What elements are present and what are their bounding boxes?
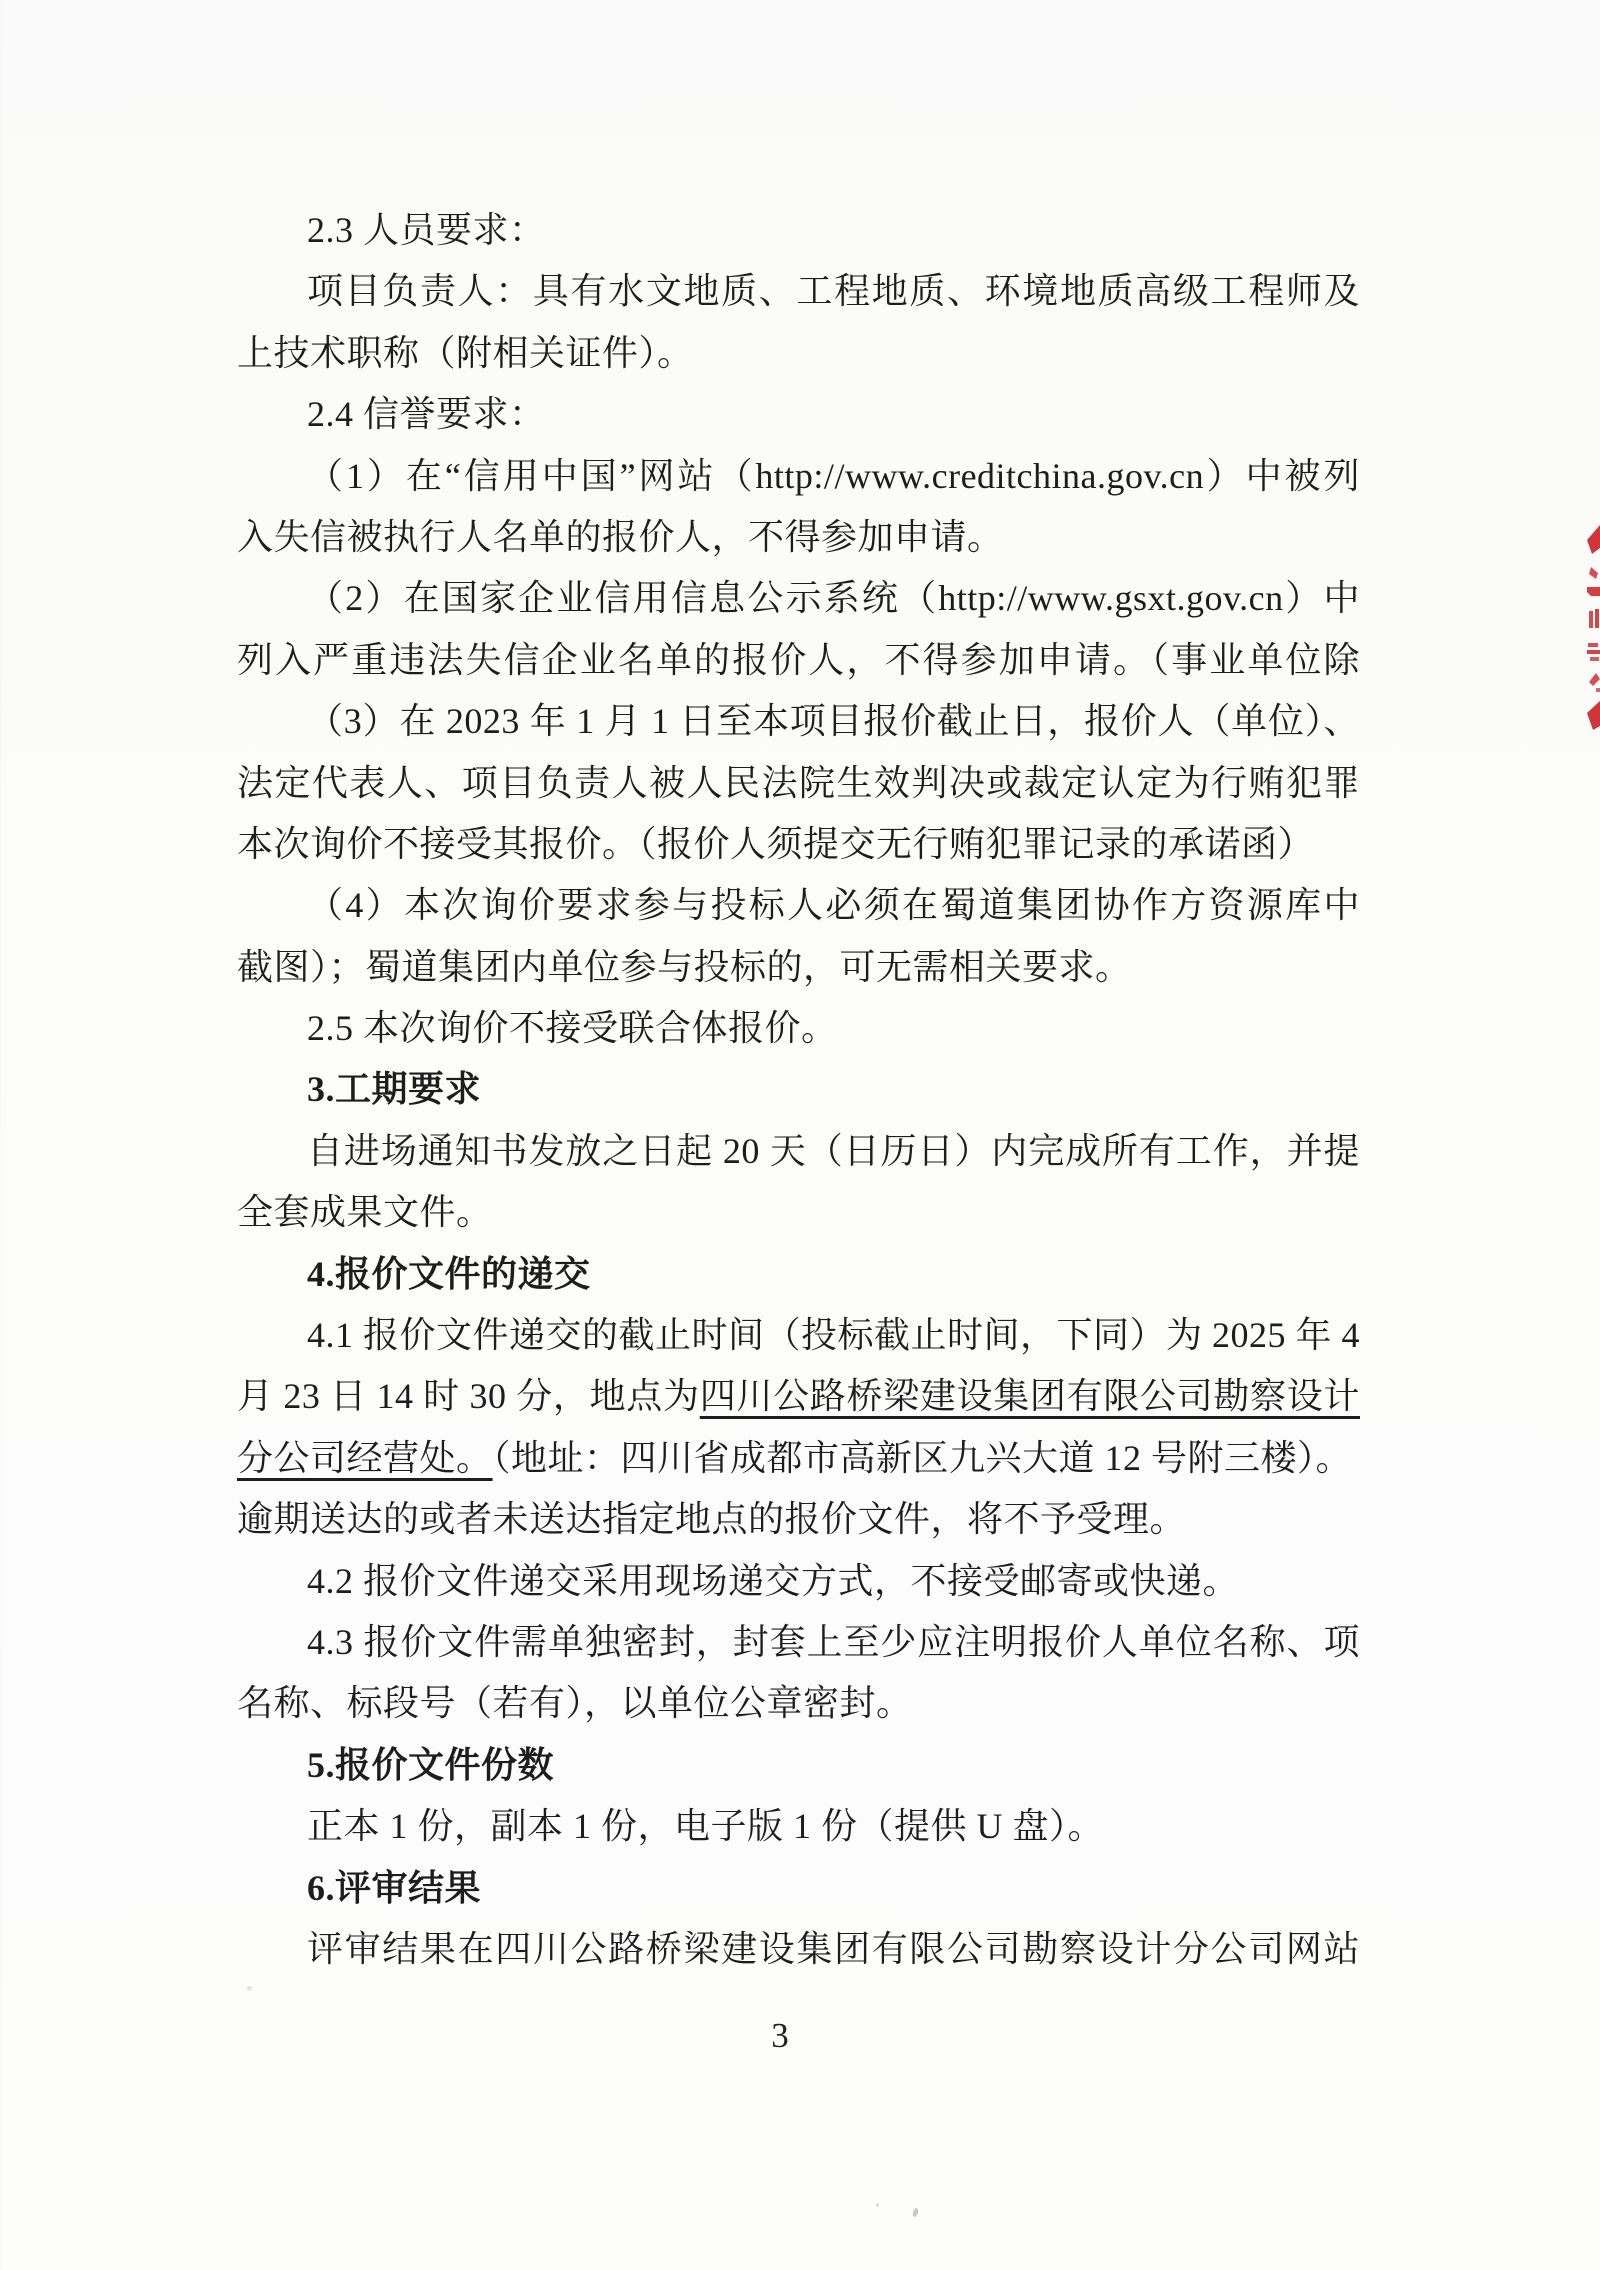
seal-icon <box>1582 525 1600 735</box>
text-segment: 正本 1 份，副本 1 份，电子版 1 份（提供 U 盘）。 <box>307 1806 1104 1846</box>
text-line: 2.5 本次询价不接受联合体报价。 <box>237 998 1360 1059</box>
text-line: 截图）；蜀道集团内单位参与投标的，可无需相关要求。 <box>237 937 1360 998</box>
text-line: 4.报价文件的递交 <box>237 1244 1360 1305</box>
scan-speck <box>247 1986 252 1991</box>
text-line: 2.3 人员要求： <box>237 200 1360 261</box>
text-segment: 截图）；蜀道集团内单位参与投标的，可无需相关要求。 <box>237 947 1132 987</box>
text-segment: 评审结果在四川公路桥梁建设集团有限公司勘察设计分公司网站 <box>307 1929 1360 1969</box>
text-line: 上技术职称（附相关证件）。 <box>237 323 1360 384</box>
page-number: 3 <box>745 2016 815 2056</box>
text-segment: 列入严重违法失信企业名单的报价人，不得参加申请。（事业单位除外） <box>237 640 1360 691</box>
underlined-text: 分公司经营处。 <box>237 1438 493 1478</box>
text-line: 评审结果在四川公路桥梁建设集团有限公司勘察设计分公司网站 <box>237 1919 1360 1980</box>
text-line: 3.工期要求 <box>237 1059 1360 1120</box>
red-seal-fragment <box>1582 525 1600 735</box>
text-line: 5.报价文件份数 <box>237 1735 1360 1796</box>
text-line: 4.1 报价文件递交的截止时间（投标截止时间，下同）为 2025 年 4 <box>237 1305 1360 1366</box>
text-line: 4.2 报价文件递交采用现场递交方式，不接受邮寄或快递。 <box>237 1551 1360 1612</box>
text-segment: （4）本次询价要求参与投标人必须在蜀道集团协作方资源库中（附 <box>307 885 1360 936</box>
text-segment: 3.工期要求 <box>307 1069 481 1109</box>
document-body: 2.3 人员要求：项目负责人：具有水文地质、工程地质、环境地质高级工程师及以上技… <box>237 200 1360 1980</box>
text-line: 逾期送达的或者未送达指定地点的报价文件，将不予受理。 <box>237 1489 1360 1550</box>
text-segment: 4.3 报价文件需单独密封，封套上至少应注明报价人单位名称、项目 <box>307 1622 1360 1673</box>
text-segment: 名称、标段号（若有），以单位公章密封。 <box>237 1683 913 1723</box>
text-segment: 自进场通知书发放之日起 20 天（日历日）内完成所有工作，并提供 <box>307 1131 1360 1182</box>
text-line: 分公司经营处。（地址：四川省成都市高新区九兴大道 12 号附三楼）。 <box>237 1428 1360 1489</box>
text-line: （3）在 2023 年 1 月 1 日至本项目报价截止日，报价人（单位）、 <box>237 691 1360 752</box>
text-line: 正本 1 份，副本 1 份，电子版 1 份（提供 U 盘）。 <box>237 1796 1360 1857</box>
text-segment: 2.4 信誉要求： <box>307 394 546 434</box>
document-page: 2.3 人员要求：项目负责人：具有水文地质、工程地质、环境地质高级工程师及以上技… <box>0 0 1600 2270</box>
text-segment: 入失信被执行人名单的报价人，不得参加申请。 <box>237 517 1004 557</box>
text-segment: （2）在国家企业信用信息公示系统（http://www.gsxt.gov.cn）… <box>307 578 1360 629</box>
text-segment: 2.5 本次询价不接受联合体报价。 <box>307 1008 838 1048</box>
text-line: 本次询价不接受其报价。（报价人须提交无行贿犯罪记录的承诺函） <box>237 814 1360 875</box>
text-segment: 4.报价文件的递交 <box>307 1254 591 1294</box>
text-segment: 全套成果文件。 <box>237 1192 493 1232</box>
text-segment: 本次询价不接受其报价。（报价人须提交无行贿犯罪记录的承诺函） <box>237 824 1314 864</box>
underlined-text: 四川公路桥梁建设集团有限公司勘察设计 <box>700 1376 1360 1416</box>
text-line: 列入严重违法失信企业名单的报价人，不得参加申请。（事业单位除外） <box>237 630 1360 691</box>
scan-speck <box>876 2203 879 2207</box>
text-segment: （1）在“信用中国”网站（http://www.creditchina.gov.… <box>307 456 1360 496</box>
text-segment: 2.3 人员要求： <box>307 210 546 250</box>
text-segment: 4.1 报价文件递交的截止时间（投标截止时间，下同）为 2025 年 4 <box>307 1315 1360 1355</box>
text-segment: 4.2 报价文件递交采用现场递交方式，不接受邮寄或快递。 <box>307 1561 1239 1601</box>
text-line: 项目负责人：具有水文地质、工程地质、环境地质高级工程师及以 <box>237 261 1360 322</box>
text-line: 入失信被执行人名单的报价人，不得参加申请。 <box>237 507 1360 568</box>
text-line: 名称、标段号（若有），以单位公章密封。 <box>237 1673 1360 1734</box>
text-segment: （3）在 2023 年 1 月 1 日至本项目报价截止日，报价人（单位）、 <box>307 701 1360 741</box>
text-line: 全套成果文件。 <box>237 1182 1360 1243</box>
text-line: （4）本次询价要求参与投标人必须在蜀道集团协作方资源库中（附 <box>237 875 1360 936</box>
text-line: 月 23 日 14 时 30 分，地点为四川公路桥梁建设集团有限公司勘察设计 <box>237 1366 1360 1427</box>
text-line: 自进场通知书发放之日起 20 天（日历日）内完成所有工作，并提供 <box>237 1121 1360 1182</box>
scan-speck <box>912 2207 920 2217</box>
text-segment: 月 23 日 14 时 30 分，地点为 <box>237 1376 700 1416</box>
text-segment: （地址：四川省成都市高新区九兴大道 12 号附三楼）。 <box>493 1438 1353 1478</box>
text-segment: 项目负责人：具有水文地质、工程地质、环境地质高级工程师及以 <box>307 271 1360 322</box>
text-line: 4.3 报价文件需单独密封，封套上至少应注明报价人单位名称、项目 <box>237 1612 1360 1673</box>
text-line: （2）在国家企业信用信息公示系统（http://www.gsxt.gov.cn）… <box>237 568 1360 629</box>
text-segment: 法定代表人、项目负责人被人民法院生效判决或裁定认定为行贿犯罪的， <box>237 763 1360 814</box>
text-segment: 5.报价文件份数 <box>307 1745 554 1785</box>
text-line: 6.评审结果 <box>237 1858 1360 1919</box>
text-segment: 上技术职称（附相关证件）。 <box>237 333 694 373</box>
text-line: 2.4 信誉要求： <box>237 384 1360 445</box>
text-segment: 6.评审结果 <box>307 1868 481 1908</box>
text-segment: 逾期送达的或者未送达指定地点的报价文件，将不予受理。 <box>237 1499 1186 1539</box>
text-line: （1）在“信用中国”网站（http://www.creditchina.gov.… <box>237 446 1360 507</box>
text-line: 法定代表人、项目负责人被人民法院生效判决或裁定认定为行贿犯罪的， <box>237 753 1360 814</box>
